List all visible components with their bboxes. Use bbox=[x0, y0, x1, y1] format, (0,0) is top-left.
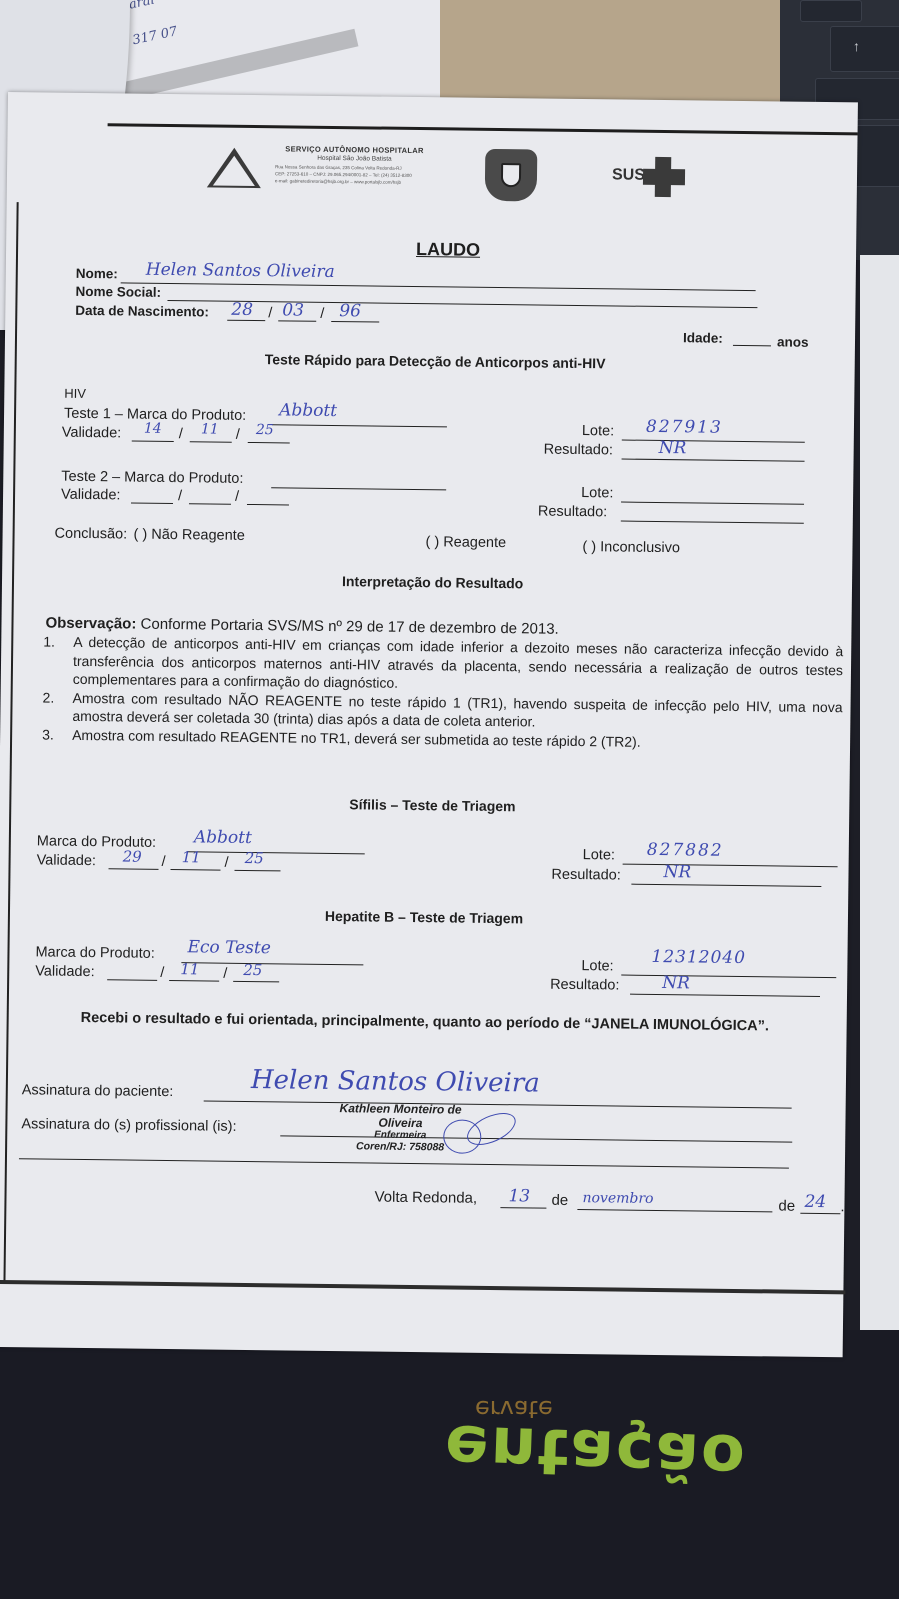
list-item: 1.A detecção de anticorpos anti-HIV em c… bbox=[43, 632, 844, 697]
test1-result-line bbox=[622, 459, 805, 462]
patient-signature-label: Assinatura do paciente: bbox=[22, 1082, 174, 1100]
address-line: e-mail: gabinetediretoria@hsjb.org.br – … bbox=[275, 178, 401, 185]
hepatitis-brand-label: Marca do Produto: bbox=[35, 944, 154, 961]
syphilis-title: Sífilis – Teste de Triagem bbox=[349, 796, 515, 814]
hepatitis-validity-label: Validade: bbox=[35, 963, 95, 980]
date-year-field[interactable]: 24 bbox=[804, 1192, 826, 1212]
hepatitis-validity-year[interactable]: 25 bbox=[243, 961, 262, 979]
organization-name: SERVIÇO AUTÔNOMO HOSPITALAR bbox=[285, 144, 423, 155]
age-unit: anos bbox=[777, 334, 809, 349]
social-name-line bbox=[167, 300, 757, 308]
bag-print: entação bbox=[444, 1410, 748, 1494]
validity-line bbox=[169, 980, 219, 982]
date-separator: / bbox=[268, 305, 272, 321]
item-text: Amostra com resultado NÃO REAGENTE no te… bbox=[72, 689, 842, 729]
arrow-up-icon: ↑ bbox=[853, 38, 860, 54]
date-separator: / bbox=[179, 426, 183, 442]
date-month-field[interactable]: novembro bbox=[582, 1190, 653, 1207]
test2-lot-label: Lote: bbox=[581, 485, 613, 501]
test1-result-field[interactable]: NR bbox=[659, 438, 687, 458]
hiv-group-label: HIV bbox=[64, 386, 86, 401]
birth-year-field[interactable]: 96 bbox=[339, 301, 361, 321]
hospital-logo-icon bbox=[207, 147, 261, 188]
interpretation-list: 1.A detecção de anticorpos anti-HIV em c… bbox=[42, 632, 843, 753]
test2-brand-label: Teste 2 – Marca do Produto: bbox=[61, 469, 243, 487]
sus-logo-text: SUS bbox=[612, 166, 645, 184]
coat-of-arms-icon bbox=[485, 149, 538, 202]
syphilis-brand-field[interactable]: Abbott bbox=[194, 827, 252, 848]
frame-border-top bbox=[108, 123, 858, 135]
item-number: 1. bbox=[43, 632, 55, 651]
letterhead: SERVIÇO AUTÔNOMO HOSPITALAR Hospital São… bbox=[207, 139, 728, 215]
syphilis-validity-day[interactable]: 29 bbox=[123, 847, 142, 865]
hepatitis-lot-label: Lote: bbox=[581, 958, 613, 974]
month-line bbox=[577, 1209, 772, 1212]
name-line bbox=[121, 282, 756, 291]
professional-signature-label: Assinatura do (s) profissional (is): bbox=[21, 1116, 236, 1135]
validity-line bbox=[247, 504, 289, 506]
date-separator: / bbox=[225, 855, 229, 871]
social-name-label: Nome Social: bbox=[75, 284, 161, 300]
item-text: A detecção de anticorpos anti-HIV em cri… bbox=[73, 634, 844, 691]
test2-result-line bbox=[621, 521, 804, 524]
test1-lot-field[interactable]: 827913 bbox=[646, 417, 723, 438]
age-line bbox=[733, 345, 771, 346]
hiv-section-title: Teste Rápido para Detecção de Anticorpos… bbox=[265, 351, 606, 371]
hepatitis-validity-month[interactable]: 11 bbox=[180, 960, 199, 978]
validity-line bbox=[248, 442, 290, 444]
hepatitis-brand-line bbox=[181, 962, 363, 965]
conclusion-non-reactive-checkbox[interactable]: ( ) Não Reagente bbox=[134, 527, 245, 544]
test1-brand-line bbox=[272, 424, 447, 427]
frame-border-left bbox=[3, 202, 18, 1282]
syphilis-validity-year[interactable]: 25 bbox=[245, 849, 264, 867]
test1-validity-day[interactable]: 14 bbox=[144, 421, 162, 437]
date-separator: / bbox=[320, 306, 324, 322]
test1-validity-label: Validade: bbox=[62, 425, 122, 442]
hepatitis-result-label: Resultado: bbox=[550, 977, 620, 994]
hepatitis-lot-field[interactable]: 12312040 bbox=[651, 947, 746, 968]
test2-lot-line bbox=[621, 502, 804, 505]
separator-line bbox=[19, 1158, 789, 1168]
conclusion-label: Conclusão: bbox=[55, 526, 128, 543]
test2-validity-label: Validade: bbox=[61, 487, 121, 504]
validity-line bbox=[235, 870, 281, 872]
date-separator: / bbox=[236, 427, 240, 443]
interpretation-title: Interpretação do Resultado bbox=[342, 573, 523, 591]
conclusion-reactive-checkbox[interactable]: ( ) Reagente bbox=[425, 534, 506, 551]
patient-signature[interactable]: Helen Santos Oliveira bbox=[251, 1065, 540, 1099]
date-separator: / bbox=[178, 488, 182, 504]
date-separator: / bbox=[223, 966, 227, 982]
test2-brand-line bbox=[271, 487, 446, 490]
acknowledgement-text: Recebi o resultado e fui orientada, prin… bbox=[23, 1008, 845, 1037]
validity-line bbox=[190, 441, 232, 443]
observation-label: Observação: bbox=[45, 614, 136, 632]
date-separator: / bbox=[162, 854, 166, 870]
validity-line bbox=[109, 868, 159, 870]
hepatitis-lot-line bbox=[621, 975, 836, 979]
hepatitis-brand-field[interactable]: Eco Teste bbox=[187, 937, 271, 958]
date-de-label: de bbox=[551, 1192, 568, 1209]
year-line bbox=[800, 1213, 840, 1214]
test1-result-label: Resultado: bbox=[544, 442, 614, 459]
test1-validity-year[interactable]: 25 bbox=[256, 422, 274, 438]
date-day-field[interactable]: 13 bbox=[508, 1186, 530, 1206]
test1-validity-month[interactable]: 11 bbox=[201, 421, 219, 437]
laudo-form: SERVIÇO AUTÔNOMO HOSPITALAR Hospital São… bbox=[0, 92, 858, 1357]
birth-day-field[interactable]: 28 bbox=[231, 300, 253, 320]
syphilis-result-line bbox=[631, 884, 821, 887]
birth-date-label: Data de Nascimento: bbox=[75, 303, 209, 320]
validity-line bbox=[233, 981, 279, 983]
syphilis-result-field[interactable]: NR bbox=[663, 862, 691, 882]
syphilis-validity-label: Validade: bbox=[37, 852, 97, 869]
validity-line bbox=[171, 869, 221, 871]
frame-border-bottom bbox=[0, 1280, 845, 1294]
item-number: 2. bbox=[42, 688, 54, 707]
hospital-name: Hospital São João Batista bbox=[317, 155, 392, 163]
keyboard-key bbox=[830, 26, 899, 72]
syphilis-lot-line bbox=[623, 864, 838, 868]
day-line bbox=[500, 1207, 546, 1209]
hepatitis-result-line bbox=[630, 994, 820, 997]
hepatitis-title: Hepatite B – Teste de Triagem bbox=[325, 908, 523, 926]
keyboard-key bbox=[800, 0, 862, 22]
date-de-label: de bbox=[778, 1197, 795, 1214]
syphilis-validity-month[interactable]: 11 bbox=[182, 848, 201, 866]
age-label: Idade: bbox=[683, 330, 723, 345]
address-line: Rua Nossa Senhora das Graças, 235 Colina… bbox=[275, 164, 402, 171]
syphilis-lot-field[interactable]: 827882 bbox=[647, 840, 724, 861]
syphilis-brand-line bbox=[187, 851, 365, 854]
test1-brand-field[interactable]: Abbott bbox=[279, 400, 337, 421]
item-number: 3. bbox=[42, 725, 54, 744]
validity-line bbox=[107, 979, 157, 981]
validity-line bbox=[132, 441, 174, 443]
paper-stack-edge bbox=[860, 255, 899, 1355]
date-end-period: . bbox=[840, 1198, 844, 1215]
name-label: Nome: bbox=[76, 266, 118, 282]
conclusion-inconclusive-checkbox[interactable]: ( ) Inconclusivo bbox=[582, 539, 680, 556]
sus-cross-icon bbox=[643, 169, 685, 186]
date-separator: / bbox=[160, 965, 164, 981]
address-line: CEP: 27253-610 – CNPJ: 29.065.294/0001-8… bbox=[275, 171, 412, 178]
city-label: Volta Redonda, bbox=[374, 1189, 477, 1207]
test1-lot-line bbox=[622, 440, 805, 443]
patient-signature-line bbox=[204, 1100, 792, 1108]
date-separator: / bbox=[235, 489, 239, 505]
hepatitis-result-field[interactable]: NR bbox=[662, 973, 690, 993]
test1-lot-label: Lote: bbox=[582, 423, 614, 439]
birth-month-field[interactable]: 03 bbox=[282, 300, 304, 320]
validity-line bbox=[131, 503, 173, 505]
validity-line bbox=[189, 503, 231, 505]
syphilis-result-label: Resultado: bbox=[551, 867, 621, 884]
test2-result-label: Resultado: bbox=[538, 504, 608, 521]
syphilis-lot-label: Lote: bbox=[583, 847, 615, 863]
name-field[interactable]: Helen Santos Oliveira bbox=[146, 260, 335, 282]
page-title: LAUDO bbox=[416, 239, 480, 261]
